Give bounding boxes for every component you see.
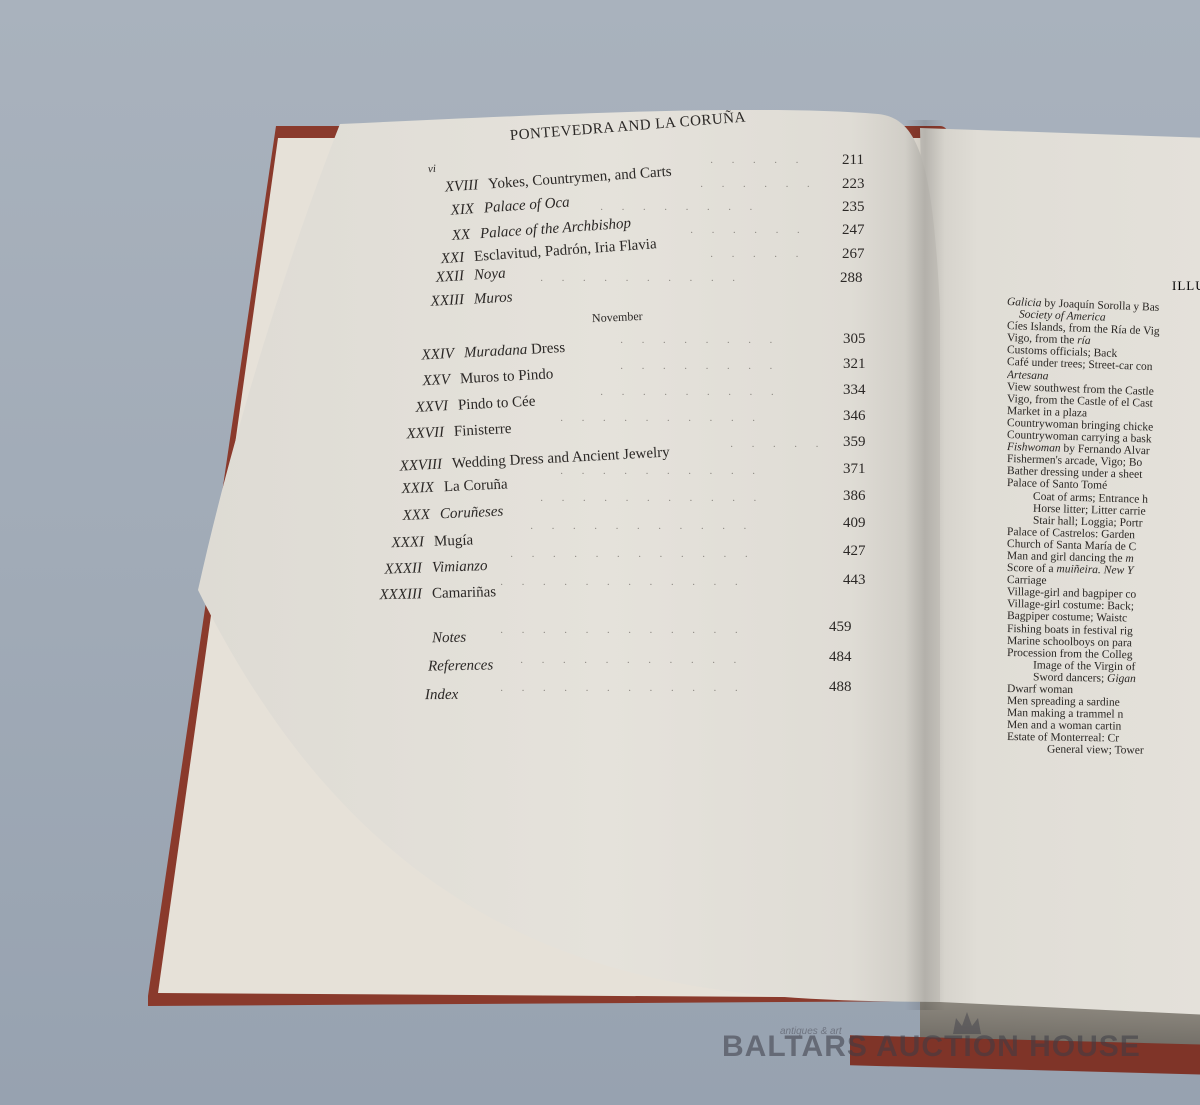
page-number: 359 (843, 434, 866, 451)
toc-entry: XXXIIICamariñas (362, 584, 497, 605)
toc-entry: XXVIIFinisterre (394, 421, 512, 444)
leader-dots: ······ (700, 182, 828, 193)
page-number: 235 (842, 199, 865, 216)
page-number: 321 (843, 356, 866, 373)
toc-entry: XVIIIYokes, Countrymen, and Carts (434, 164, 672, 198)
toc-entry: XXXIIVimianzo (372, 558, 488, 579)
page-number: 267 (842, 246, 865, 263)
toc-entry: XXIXLa Coruña (392, 476, 508, 498)
page-number: 459 (829, 619, 852, 636)
leader-dots: ·········· (560, 469, 773, 480)
toc-entry: XXXCoruñeses (394, 504, 504, 526)
section-month: November (592, 309, 643, 326)
leader-dots: ·········· (540, 276, 753, 287)
toc-backmatter-index: Index (425, 687, 458, 704)
page-number: 371 (843, 461, 866, 478)
toc-entry: XXIVMuradana Dress (410, 340, 566, 365)
page-number: 223 (842, 176, 865, 193)
photo-scene: vi PONTEVEDRA AND LA CORUÑA 211 XVIIIYok… (0, 0, 1200, 1105)
toc-entry: XXIINoya (426, 266, 507, 288)
folio: vi (428, 163, 437, 175)
leader-dots: ··········· (540, 496, 775, 507)
watermark: BALTARS AUCTION HOUSE (722, 1030, 1141, 1064)
leader-dots: ········· (600, 390, 792, 401)
toc-entry: XXIIIMuros (416, 289, 513, 311)
leader-dots: ··········· (520, 658, 755, 669)
page-number: 346 (843, 408, 866, 425)
leader-dots: ····· (730, 442, 837, 453)
leader-dots: ············ (500, 628, 756, 639)
page-number: 334 (843, 382, 866, 399)
running-head: PONTEVEDRA AND LA CORUÑA (509, 109, 746, 145)
leader-dots: ········ (620, 364, 791, 375)
leader-dots: ····· (710, 158, 817, 169)
illustration-entry: General view; Tower (1007, 743, 1200, 755)
toc-entry: XIXPalace of Oca (440, 194, 571, 220)
page-number: 443 (843, 572, 866, 589)
page-number: 305 (843, 331, 866, 348)
page-number: 427 (843, 543, 866, 560)
leader-dots: ····· (710, 252, 817, 263)
leader-dots: ············ (500, 580, 756, 591)
leader-dots: ·········· (560, 416, 773, 427)
toc-entry: XXVMuros to Pindo (414, 366, 554, 390)
toc-backmatter-notes: Notes (432, 630, 466, 648)
leader-dots: ············ (500, 686, 756, 697)
page-number: 386 (843, 488, 866, 505)
leader-dots: ··········· (530, 524, 765, 535)
toc-entry: XXXIMugía (384, 532, 474, 552)
page-number: 488 (829, 679, 852, 696)
page-number: 288 (840, 270, 863, 287)
toc-entry: XXVIPindo to Cée (404, 394, 536, 418)
page-number: 409 (843, 515, 866, 532)
page-number: 247 (842, 222, 865, 239)
illustrations-heading: ILLU (1172, 278, 1200, 294)
leader-dots: ············ (510, 552, 766, 563)
page-number: 484 (829, 649, 852, 666)
leader-dots: ······ (690, 228, 818, 239)
leader-dots: ········ (620, 338, 791, 349)
leader-dots: ········ (600, 205, 771, 216)
page-number: 211 (842, 152, 864, 169)
toc-backmatter-references: References (428, 657, 494, 675)
illustrations-list: Galicia by Joaquín Sorolla y BasSociety … (1007, 296, 1200, 756)
